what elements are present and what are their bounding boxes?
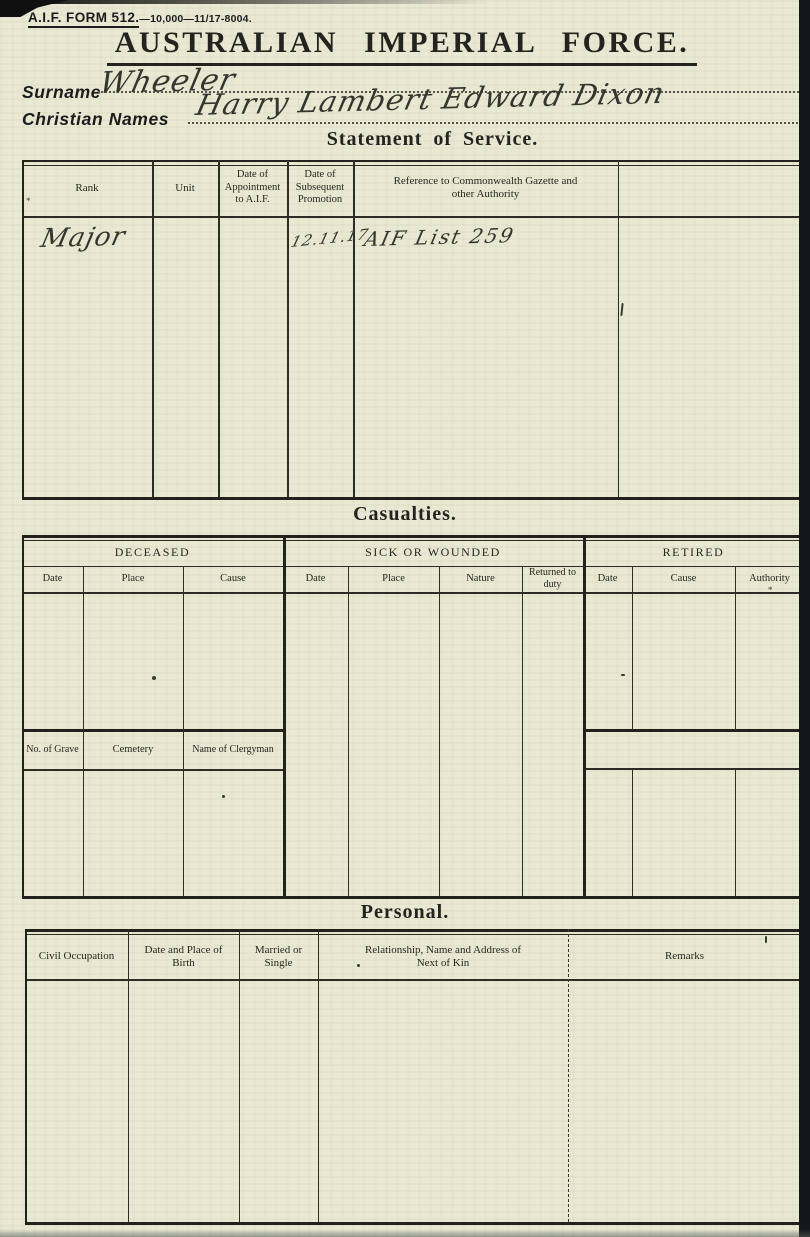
ink-speck	[620, 303, 623, 316]
rule	[22, 216, 806, 218]
service-entry-reference: AIF List 259	[362, 223, 517, 251]
rule	[632, 769, 633, 896]
deceased-col-date: Date	[22, 566, 83, 592]
personal-col-next-of-kin: Relationship, Name and Address of Next o…	[318, 934, 568, 979]
ink-speck	[152, 676, 156, 680]
page-title-text: AUSTRALIAN IMPERIAL FORCE.	[107, 26, 698, 66]
rule	[22, 592, 806, 594]
retired-col-date: Date	[583, 566, 632, 592]
ink-speck	[222, 795, 225, 798]
grave-col-no-of-grave: No. of Grave	[22, 731, 83, 769]
page-title: AUSTRALIAN IMPERIAL FORCE.	[0, 26, 804, 66]
sick-col-place: Place	[348, 566, 439, 592]
rule	[25, 929, 803, 932]
casualties-deceased-title: DECEASED	[22, 538, 283, 566]
ink-speck	[357, 964, 360, 967]
statement-of-service-heading: Statement of Service.	[55, 128, 810, 151]
personal-col-civil-occupation: Civil Occupation	[25, 934, 128, 979]
casualties-retired-title: RETIRED	[583, 538, 804, 566]
service-entry-date-promotion: 12.11.17	[289, 225, 371, 251]
personal-col-married-or-single: Married or Single	[239, 934, 318, 979]
casualties-sick-title: SICK OR WOUNDED	[283, 538, 583, 566]
ink-speck	[765, 936, 767, 943]
casualties-heading: Casualties.	[0, 503, 810, 526]
grave-col-cemetery: Cemetery	[83, 731, 183, 769]
service-entry-rank: Major	[38, 222, 128, 254]
rule	[22, 896, 806, 899]
rule	[25, 1222, 803, 1225]
service-col-reference: Reference to Commonwealth Gazette and ot…	[353, 160, 618, 216]
grave-col-name-of-clergyman: Name of Clergyman	[183, 731, 283, 769]
scan-edge-bottom	[0, 1229, 810, 1237]
personal-heading: Personal.	[0, 901, 810, 924]
service-col-unit: Unit	[152, 160, 218, 216]
sick-col-date: Date	[283, 566, 348, 592]
rule	[22, 497, 806, 500]
service-col-date-appointment: Date of Appointment to A.I.F.	[218, 160, 287, 216]
sick-col-nature: Nature	[439, 566, 522, 592]
scan-edge-right	[799, 0, 810, 1237]
deceased-col-place: Place	[83, 566, 183, 592]
ink-speck	[621, 674, 625, 676]
service-col-rank: Rank	[22, 160, 152, 216]
ink-speck: *	[26, 197, 31, 206]
rule	[25, 979, 803, 981]
rule	[583, 768, 806, 770]
print-run-code: —10,000—11/17-8004.	[139, 13, 251, 25]
retired-col-cause: Cause	[632, 566, 735, 592]
rule	[522, 566, 523, 896]
service-col-date-promotion: Date of Subsequent Promotion	[287, 160, 353, 216]
christian-names-label: Christian Names	[22, 109, 169, 130]
sick-col-returned-to-duty: Returned to duty	[522, 564, 583, 594]
rule	[439, 566, 440, 896]
rule	[735, 769, 736, 896]
aif-form-512-scan: A.I.F. FORM 512.—10,000—11/17-8004. AUST…	[0, 0, 810, 1237]
form-number: A.I.F. FORM 512.—10,000—11/17-8004.	[28, 10, 252, 25]
rule	[618, 160, 619, 497]
surname-label: Surname	[22, 82, 101, 103]
scan-edge-top	[0, 0, 490, 4]
deceased-col-cause: Cause	[183, 566, 283, 592]
rule	[583, 729, 806, 732]
rule	[22, 769, 283, 771]
ink-speck: *	[768, 586, 773, 595]
rule	[348, 566, 349, 896]
personal-col-date-place-of-birth: Date and Place of Birth	[128, 934, 239, 979]
